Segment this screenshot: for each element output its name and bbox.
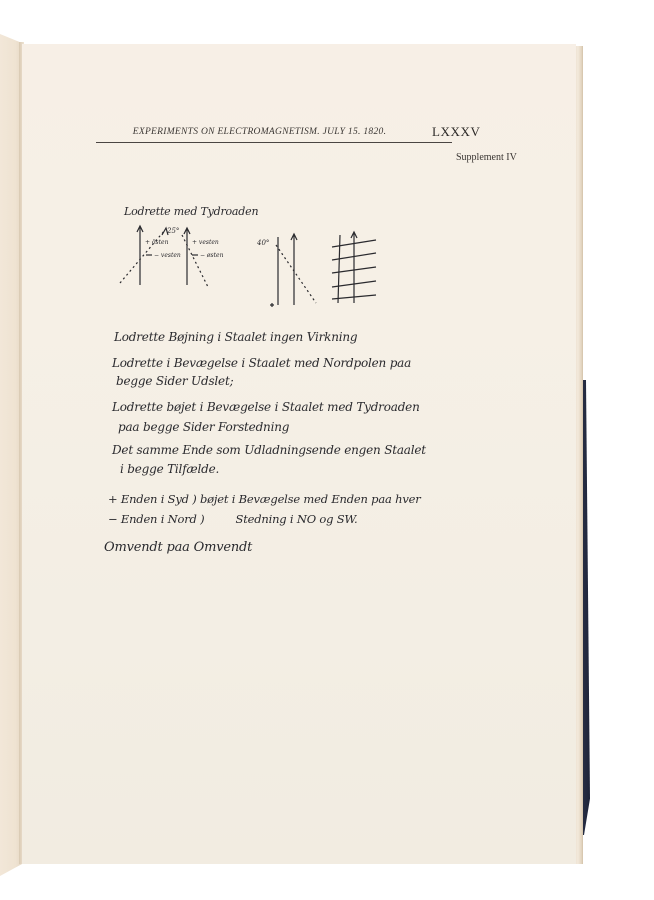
- running-head: EXPERIMENTS ON ELECTROMAGNETISM. JULY 15…: [96, 127, 423, 137]
- page-number: LXXXV: [432, 124, 481, 140]
- manuscript-line: + Enden i Syd ) bøjet i Bevægelse med En…: [108, 492, 421, 506]
- header-rule: [96, 142, 452, 143]
- svg-text:− vesten: − vesten: [154, 252, 181, 259]
- manuscript-line: Lodrette bøjet i Bevægelse i Staalet med…: [112, 400, 420, 414]
- svg-text:+ östen: + östen: [145, 239, 169, 246]
- manuscript-line: Omvendt paa Omvendt: [104, 540, 252, 555]
- manuscript-line: Det samme Ende som Udladningsende engen …: [112, 443, 426, 457]
- manuscript-line: Lodrette Bøjning i Staalet ingen Virknin…: [114, 330, 357, 344]
- manuscript-line: paa begge Sider Forstedning: [118, 420, 289, 434]
- svg-text:25°: 25°: [166, 227, 179, 235]
- svg-text:+ vesten: + vesten: [192, 239, 219, 246]
- manuscript-line: − Enden i Nord ) Stedning i NO og SW.: [108, 512, 357, 526]
- magnet-needle-sketch: 25° 40° + östen + vesten − vesten − øste…: [110, 215, 390, 310]
- svg-text:40°: 40°: [256, 239, 269, 247]
- section-label: Supplement IV: [456, 152, 517, 163]
- manuscript-line: Lodrette i Bevægelse i Staalet med Nordp…: [112, 356, 411, 370]
- svg-text:− østen: − østen: [200, 252, 224, 259]
- manuscript-line: i begge Tilfælde.: [120, 462, 219, 476]
- manuscript-line: begge Sider Udslet;: [116, 374, 233, 388]
